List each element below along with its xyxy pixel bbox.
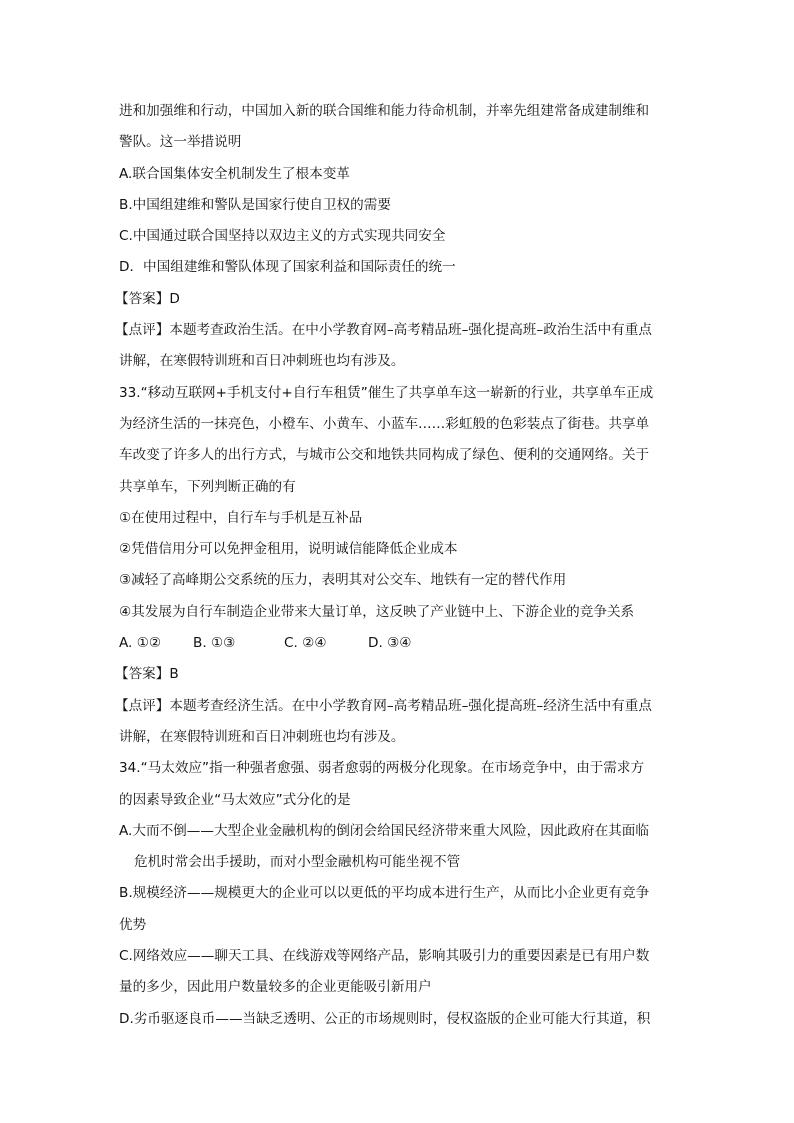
choice-d: D. ③④ — [368, 628, 411, 659]
question-stem-line: 为经济生活的一抹亮色，小橙车、小黄车、小蓝车……彩虹般的色彩装点了街巷。共享单 — [119, 409, 679, 440]
statement-3: ③减轻了高峰期公交系统的压力，表明其对公交车、地铁有一定的替代作用 — [119, 565, 679, 596]
answer: 【答案】B — [115, 659, 679, 690]
question-stem-line: 的因素导致企业“马太效应”式分化的是 — [119, 785, 679, 816]
question-32: 进和加强维和行动，中国加入新的联合国维和能力待命机制，并率先组建常备成建制维和 … — [119, 96, 679, 378]
option-a-continued: 危机时常会出手援助，而对小型金融机构可能坐视不管 — [119, 847, 679, 878]
choice-a: A. ①② — [119, 628, 161, 659]
option-b: B.规模经济——规模更大的企业可以以更低的平均成本进行生产，从而比小企业更有竞争 — [119, 878, 679, 909]
comment-line: 【点评】本题考查政治生活。在中小学教育网–高考精品班–强化提高班–政治生活中有重… — [115, 315, 679, 346]
comment-line: 【点评】本题考查经济生活。在中小学教育网–高考精品班–强化提高班–经济生活中有重… — [115, 691, 679, 722]
statement-1: ①在使用过程中，自行车与手机是互补品 — [119, 503, 679, 534]
question-33: 33.“移动互联网+手机支付+自行车租赁”催生了共享单车这一崭新的行业，共享单车… — [119, 378, 679, 754]
option-c: C.中国通过联合国坚持以双边主义的方式实现共同安全 — [119, 221, 679, 252]
option-b: B.中国组建维和警队是国家行使自卫权的需要 — [119, 190, 679, 221]
question-stem-line: 33.“移动互联网+手机支付+自行车租赁”催生了共享单车这一崭新的行业，共享单车… — [119, 378, 679, 409]
question-stem-line: 进和加强维和行动，中国加入新的联合国维和能力待命机制，并率先组建常备成建制维和 — [119, 96, 679, 127]
option-d: D.劣币驱逐良币——当缺乏透明、公正的市场规则时，侵权盗版的企业可能大行其道，积 — [119, 1004, 679, 1035]
choice-b: B. ①③ — [193, 628, 235, 659]
option-b-continued: 优势 — [119, 910, 679, 941]
question-stem-line: 34.“马太效应”指一种强者愈强、弱者愈弱的两极分化现象。在市场竞争中，由于需求… — [119, 753, 679, 784]
question-stem-line: 车改变了许多人的出行方式，与城市公交和地铁共同构成了绿色、便利的交通网络。关于 — [119, 440, 679, 471]
option-a: A.联合国集体安全机制发生了根本变革 — [119, 159, 679, 190]
statement-4: ④其发展为自行车制造企业带来大量订单，这反映了产业链中上、下游企业的竞争关系 — [119, 597, 679, 628]
comment-line: 讲解，在寒假特训班和百日冲刺班也均有涉及。 — [119, 346, 679, 377]
choice-c: C. ②④ — [284, 628, 327, 659]
option-d: D．中国组建维和警队体现了国家利益和国际责任的统一 — [119, 252, 679, 283]
option-c-continued: 量的多少，因此用户数量较多的企业更能吸引新用户 — [119, 972, 679, 1003]
statement-2: ②凭借信用分可以免押金租用，说明诚信能降低企业成本 — [119, 534, 679, 565]
comment-line: 讲解，在寒假特训班和百日冲刺班也均有涉及。 — [119, 722, 679, 753]
option-a: A.大而不倒——大型企业金融机构的倒闭会给国民经济带来重大风险，因此政府在其面临 — [119, 816, 679, 847]
option-c: C.网络效应——聊天工具、在线游戏等网络产品，影响其吸引力的重要因素是已有用户数 — [119, 941, 679, 972]
question-stem-line: 共享单车，下列判断正确的有 — [119, 472, 679, 503]
question-stem-line: 警队。这一举措说明 — [119, 127, 679, 158]
choices-row: A. ①② B. ①③ C. ②④ D. ③④ — [119, 628, 679, 659]
document-page: 进和加强维和行动，中国加入新的联合国维和能力待命机制，并率先组建常备成建制维和 … — [119, 96, 679, 1035]
question-34: 34.“马太效应”指一种强者愈强、弱者愈弱的两极分化现象。在市场竞争中，由于需求… — [119, 753, 679, 1035]
answer: 【答案】D — [115, 284, 679, 315]
